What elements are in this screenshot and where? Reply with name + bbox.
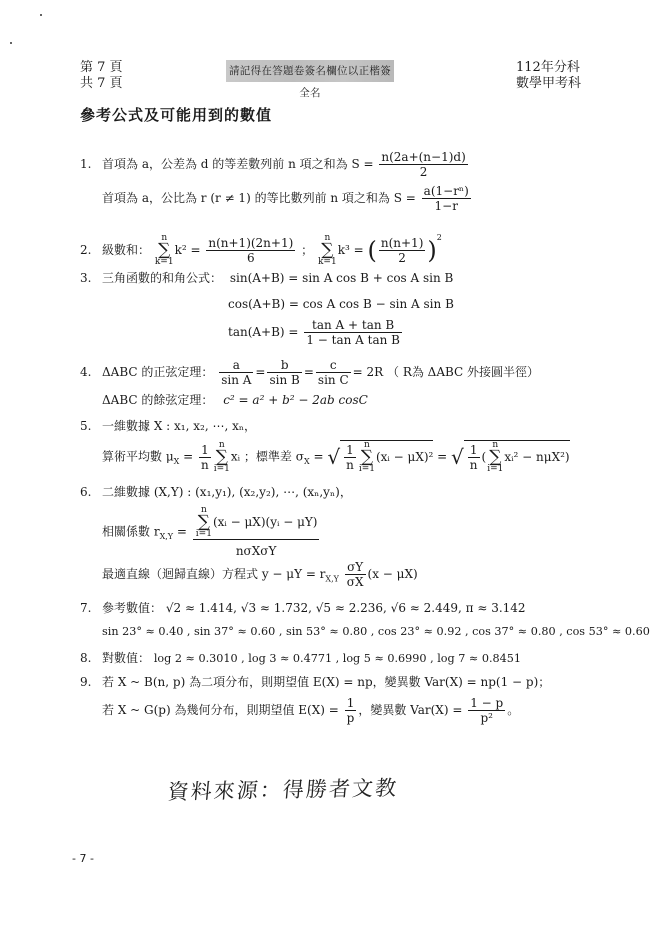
std-radicand-2: 1n(n∑i=1xᵢ² − nμX²)	[464, 440, 570, 474]
cosine-law-formula: c² = a² + b² − 2ab cosC	[223, 393, 368, 407]
std-term-alt: xᵢ² − nμX²)	[504, 450, 569, 464]
sum-lower: k=1	[318, 257, 337, 267]
sum-cubes-term: k³ =	[338, 243, 364, 257]
angle-sum-label: 三角函數的和角公式：	[102, 271, 222, 285]
fraction-denominator: sin B	[267, 373, 301, 387]
scan-speck	[40, 14, 42, 16]
subscript: X	[174, 457, 180, 466]
formula-item-1: 1.首項為 a，公差為 d 的等差數列前 n 項之和為 S = n(2a+(n−…	[80, 150, 470, 179]
item-number: 3.	[80, 270, 102, 286]
fraction-numerator: 1	[344, 443, 356, 458]
fraction-denominator: 2	[379, 251, 426, 265]
correlation-numerator: (xᵢ − μX)(yᵢ − μY)	[213, 515, 318, 529]
sum-lower: i=1	[359, 464, 375, 474]
item-number: 6.	[80, 484, 102, 500]
item-number: 9.	[80, 674, 102, 690]
item-number: 1.	[80, 156, 102, 172]
std-radicand-1: 1nn∑i=1(xᵢ − μX)²	[340, 440, 433, 474]
sigma-icon: ∑	[214, 450, 230, 465]
root-pi-values: √2 ≈ 1.414, √3 ≈ 1.732, √5 ≈ 2.236, √6 ≈…	[166, 601, 526, 615]
item-number: 4.	[80, 364, 102, 380]
one-over-n: 1n	[199, 443, 211, 472]
fraction-numerator: tan A + tan B	[304, 318, 402, 333]
geometric-expectation-text: 若 X ~ G(p) 為幾何分布，則期望值 E(X) =	[102, 703, 339, 717]
fraction-numerator: 1	[468, 443, 480, 458]
cosine-law-label: ΔABC 的餘弦定理：	[102, 393, 213, 407]
a-over-sinA: asin A	[219, 358, 253, 387]
page-total: 共 7 頁	[80, 76, 123, 92]
univariate-data-text: 一維數據 X : x₁, x₂, ⋯, xₙ，	[102, 419, 256, 433]
one-over-n: 1n	[344, 443, 356, 472]
fraction-numerator: n∑i=1(xᵢ − μX)(yᵢ − μY)	[193, 506, 320, 540]
variance-fraction: 1 − pp²	[468, 696, 505, 725]
period: 。	[507, 703, 519, 717]
paren-open: (	[367, 237, 376, 265]
sum-squares-term: k² =	[175, 243, 201, 257]
series-sum-label: 級數和：	[102, 243, 150, 257]
exam-info-block: 112年分科 數學甲考科	[516, 60, 581, 92]
item-number: 5.	[80, 418, 102, 434]
sigma-icon: ∑	[359, 450, 375, 465]
sum-lower: k=1	[155, 257, 174, 267]
fraction-numerator: 1	[199, 443, 211, 458]
summation-symbol: n∑i=1	[359, 441, 375, 474]
sum-lower: i=1	[214, 464, 230, 474]
sigma-icon: ∑	[155, 243, 174, 258]
fraction-denominator: 1−r	[422, 199, 471, 213]
fraction-numerator: n(2a+(n−1)d)	[379, 150, 467, 165]
fraction-numerator: a	[219, 358, 253, 373]
fraction-denominator: 1 − tan A tan B	[304, 333, 402, 347]
tan-sum-lhs: tan(A+B) =	[228, 325, 298, 339]
page-number-block: 第 7 頁 共 7 頁	[80, 60, 123, 92]
geo-sum-fraction: a(1−rⁿ)1−r	[422, 184, 471, 213]
signature-reminder-banner: 請記得在答題卷簽名欄位以正楷簽全名	[226, 60, 394, 82]
std-term: (xᵢ − μX)²	[376, 450, 433, 464]
sigma-icon: ∑	[318, 243, 337, 258]
formula-item-2: 2.級數和： n∑k=1k² = n(n+1)(2n+1)6 ； n∑k=1k³…	[80, 230, 442, 267]
fraction-numerator: n(n+1)	[379, 236, 426, 251]
formula-item-6: 6.二維數據 (X,Y) : (x₁,y₁), (x₂,y₂), ⋯, (xₙ,…	[80, 484, 352, 500]
sine-law-label: ΔABC 的正弦定理：	[102, 365, 213, 379]
fraction-denominator: nσXσY	[193, 540, 320, 558]
expectation-fraction: 1p	[345, 696, 357, 725]
exam-subject: 數學甲考科	[516, 76, 581, 92]
geo-series-line: 首項為 a，公比為 r (r ≠ 1) 的等比數列前 n 項之和為 S = a(…	[102, 184, 473, 213]
fraction-numerator: 1 − p	[468, 696, 505, 711]
fraction-denominator: sin C	[316, 373, 351, 387]
sum-lower: i=1	[487, 464, 503, 474]
fraction-denominator: n	[468, 458, 480, 472]
item-number: 2.	[80, 242, 102, 258]
log-values: log 2 ≈ 0.3010 , log 3 ≈ 0.4771 , log 5 …	[154, 652, 521, 665]
formula-item-5: 5.一維數據 X : x₁, x₂, ⋯, xₙ，	[80, 418, 256, 434]
fraction-numerator: b	[267, 358, 301, 373]
formula-item-9: 9.若 X ~ B(n, p) 為二項分布，則期望值 E(X) = np，變異數…	[80, 674, 550, 690]
fraction-numerator: a(1−rⁿ)	[422, 184, 471, 199]
subscript: X,Y	[325, 574, 339, 583]
geometric-variance-text: ，變異數 Var(X) =	[358, 703, 462, 717]
exponent: 2	[437, 233, 442, 242]
sin-sum-formula: sin(A+B) = sin A cos B + cos A sin B	[230, 271, 454, 285]
fraction-denominator: sin A	[219, 373, 253, 387]
log-values-label: 對數值：	[102, 651, 150, 665]
one-over-n: 1n	[468, 443, 480, 472]
separator: ；	[301, 243, 313, 257]
handwritten-source-note: 資料來源：得勝者文教	[166, 772, 399, 806]
formula-item-3: 3.三角函數的和角公式： sin(A+B) = sin A cos B + co…	[80, 270, 453, 286]
regression-tail: (x − μX)	[368, 567, 418, 581]
fraction-numerator: 1	[345, 696, 357, 711]
fraction-denominator: 2	[379, 165, 467, 179]
summation-symbol: n∑i=1	[487, 441, 503, 474]
formula-item-7: 7.參考數值： √2 ≈ 1.414, √3 ≈ 1.732, √5 ≈ 2.2…	[80, 600, 526, 616]
fraction-denominator: n	[344, 458, 356, 472]
summation-symbol: n∑i=1	[196, 506, 212, 539]
sigma-ratio: σYσX	[345, 560, 366, 589]
exam-year: 112年分科	[516, 60, 581, 76]
formula-item-4: 4.ΔABC 的正弦定理： asin A=bsin B=csin C= 2R （…	[80, 358, 539, 387]
binomial-text: 若 X ~ B(n, p) 為二項分布，則期望值 E(X) = np，變異數 V…	[102, 675, 550, 689]
std-label: ；標準差 σ	[244, 450, 304, 464]
fraction-numerator: σY	[345, 560, 366, 575]
subscript: X	[304, 457, 310, 466]
circumradius-note: （ R為 ΔABC 外接圓半徑）	[387, 365, 539, 379]
summation-symbol: n∑i=1	[214, 441, 230, 474]
sum-squares-fraction: n(n+1)(2n+1)6	[206, 236, 295, 265]
fraction-denominator: p²	[468, 711, 505, 725]
regression-line: 最適直線（迴歸直線）方程式 y − μY = rX,Y σYσX(x − μX)	[102, 560, 418, 589]
cosine-law-line: ΔABC 的餘弦定理： c² = a² + b² − 2ab cosC	[102, 392, 368, 408]
paren-open: (	[482, 450, 487, 464]
item-number: 8.	[80, 650, 102, 666]
b-over-sinB: bsin B	[267, 358, 301, 387]
page-current: 第 7 頁	[80, 60, 123, 76]
page-title: 參考公式及可能用到的數值	[80, 104, 272, 125]
tan-sum-line: tan(A+B) = tan A + tan B1 − tan A tan B	[228, 318, 404, 347]
fraction-denominator: σX	[345, 575, 366, 589]
item-number: 7.	[80, 600, 102, 616]
correlation-fraction: n∑i=1(xᵢ − μX)(yᵢ − μY)nσXσY	[193, 506, 320, 558]
mean-label: 算術平均數 μ	[102, 450, 174, 464]
bivariate-data-text: 二維數據 (X,Y) : (x₁,y₁), (x₂,y₂), ⋯, (xₙ,yₙ…	[102, 485, 352, 499]
fraction-denominator: n	[199, 458, 211, 472]
paren-close: )	[427, 237, 436, 265]
sum-lower: i=1	[196, 529, 212, 539]
trig-values: sin 23° ≈ 0.40 , sin 37° ≈ 0.60 , sin 53…	[102, 624, 650, 640]
summation-symbol: n∑k=1	[155, 234, 174, 267]
fraction-numerator: n(n+1)(2n+1)	[206, 236, 295, 251]
mean-term: xᵢ	[231, 450, 240, 464]
summation-symbol: n∑k=1	[318, 234, 337, 267]
reference-values-label: 參考數值：	[102, 601, 162, 615]
correlation-line: 相關係數 rX,Y = n∑i=1(xᵢ − μX)(yᵢ − μY)nσXσY	[102, 506, 321, 558]
mean-std-line: 算術平均數 μX = 1nn∑i=1xᵢ ；標準差 σX = √1nn∑i=1(…	[102, 440, 570, 474]
fraction-numerator: c	[316, 358, 351, 373]
scan-speck	[10, 42, 12, 44]
sum-cubes-fraction: n(n+1)2	[379, 236, 426, 265]
fraction-denominator: p	[345, 711, 357, 725]
geo-series-text: 首項為 a，公比為 r (r ≠ 1) 的等比數列前 n 項之和為 S =	[102, 191, 416, 205]
regression-label: 最適直線（迴歸直線）方程式 y − μY = r	[102, 567, 325, 581]
correlation-label: 相關係數 r	[102, 525, 160, 539]
sigma-icon: ∑	[487, 450, 503, 465]
fraction-denominator: 6	[206, 251, 295, 265]
sqrt-icon: √	[451, 445, 464, 469]
sigma-icon: ∑	[196, 515, 212, 530]
sine-law-rhs: = 2R	[353, 365, 384, 379]
page-footer-number: - 7 -	[72, 852, 94, 865]
c-over-sinC: csin C	[316, 358, 351, 387]
arith-series-text: 首項為 a，公差為 d 的等差數列前 n 項之和為 S =	[102, 157, 374, 171]
sqrt-icon: √	[327, 445, 340, 469]
formula-item-8: 8.對數值： log 2 ≈ 0.3010 , log 3 ≈ 0.4771 ,…	[80, 650, 521, 667]
cos-sum-formula: cos(A+B) = cos A cos B − sin A sin B	[228, 296, 454, 312]
arith-sum-fraction: n(2a+(n−1)d)2	[379, 150, 467, 179]
tan-sum-fraction: tan A + tan B1 − tan A tan B	[304, 318, 402, 347]
geometric-line: 若 X ~ G(p) 為幾何分布，則期望值 E(X) = 1p，變異數 Var(…	[102, 696, 519, 725]
subscript: X,Y	[160, 532, 174, 541]
